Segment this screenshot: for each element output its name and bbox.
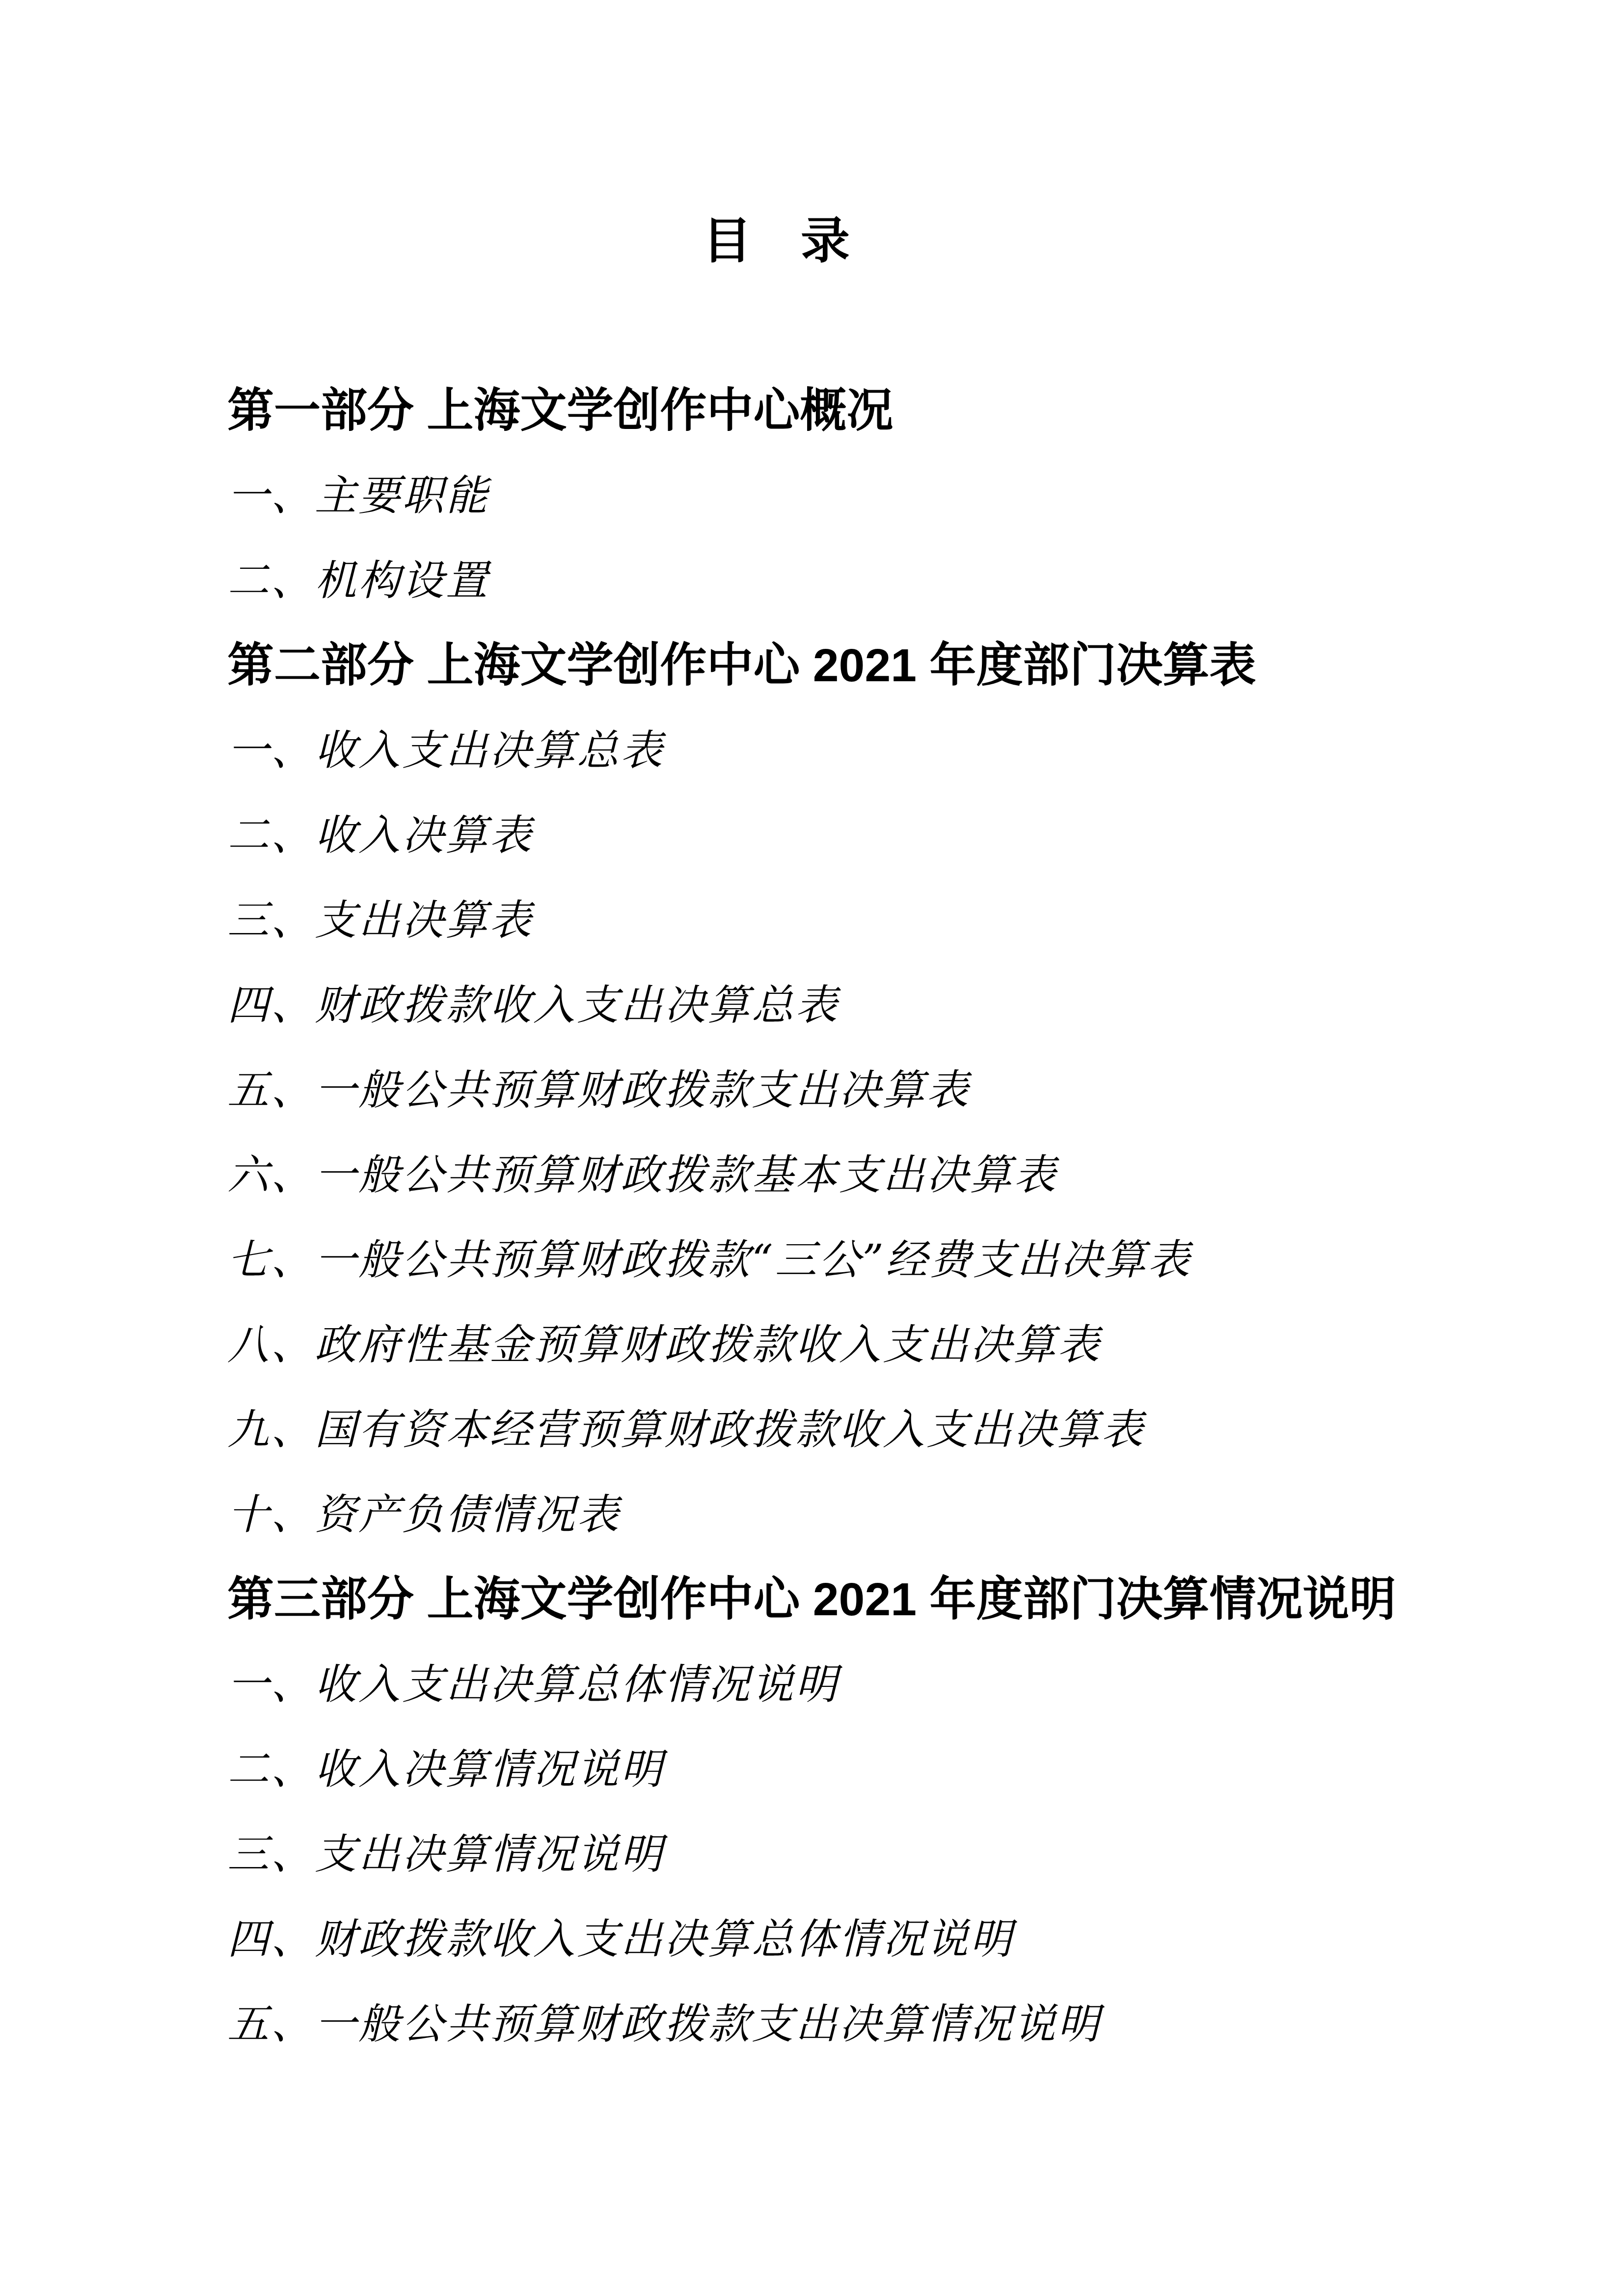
toc-item: 十、资产负债情况表 — [0, 1472, 1624, 1557]
toc-item: 二、收入决算表 — [0, 793, 1624, 878]
toc-item: 六、一般公共预算财政拨款基本支出决算表 — [0, 1133, 1624, 1218]
toc-item: 三、支出决算表 — [0, 878, 1624, 963]
toc-item: 四、财政拨款收入支出决算总表 — [0, 963, 1624, 1048]
toc-item: 四、财政拨款收入支出决算总体情况说明 — [0, 1897, 1624, 1982]
toc-item: 三、支出决算情况说明 — [0, 1812, 1624, 1897]
toc-item: 一、主要职能 — [0, 454, 1624, 538]
document-page: 目 录 第一部分 上海文学创作中心概况 一、主要职能 二、机构设置 第二部分 上… — [0, 0, 1624, 2296]
section-heading-part2: 第二部分 上海文学创作中心 2021 年度部门决算表 — [0, 623, 1624, 708]
toc-item: 五、一般公共预算财政拨款支出决算情况说明 — [0, 1982, 1624, 2067]
toc-item: 七、一般公共预算财政拨款“三公”经费支出决算表 — [0, 1218, 1624, 1303]
page-title: 目 录 — [0, 199, 1588, 284]
toc-item: 二、收入决算情况说明 — [0, 1727, 1624, 1812]
toc-item: 九、国有资本经营预算财政拨款收入支出决算表 — [0, 1388, 1624, 1472]
toc-item: 二、机构设置 — [0, 538, 1624, 623]
section-heading-part1: 第一部分 上海文学创作中心概况 — [0, 369, 1624, 454]
toc-item: 一、收入支出决算总体情况说明 — [0, 1642, 1624, 1727]
blank-line — [0, 284, 1624, 369]
toc-item: 一、收入支出决算总表 — [0, 708, 1624, 793]
section-heading-part3: 第三部分 上海文学创作中心 2021 年度部门决算情况说明 — [0, 1557, 1624, 1642]
toc-item: 五、一般公共预算财政拨款支出决算表 — [0, 1048, 1624, 1133]
toc-item: 八、政府性基金预算财政拨款收入支出决算表 — [0, 1303, 1624, 1388]
